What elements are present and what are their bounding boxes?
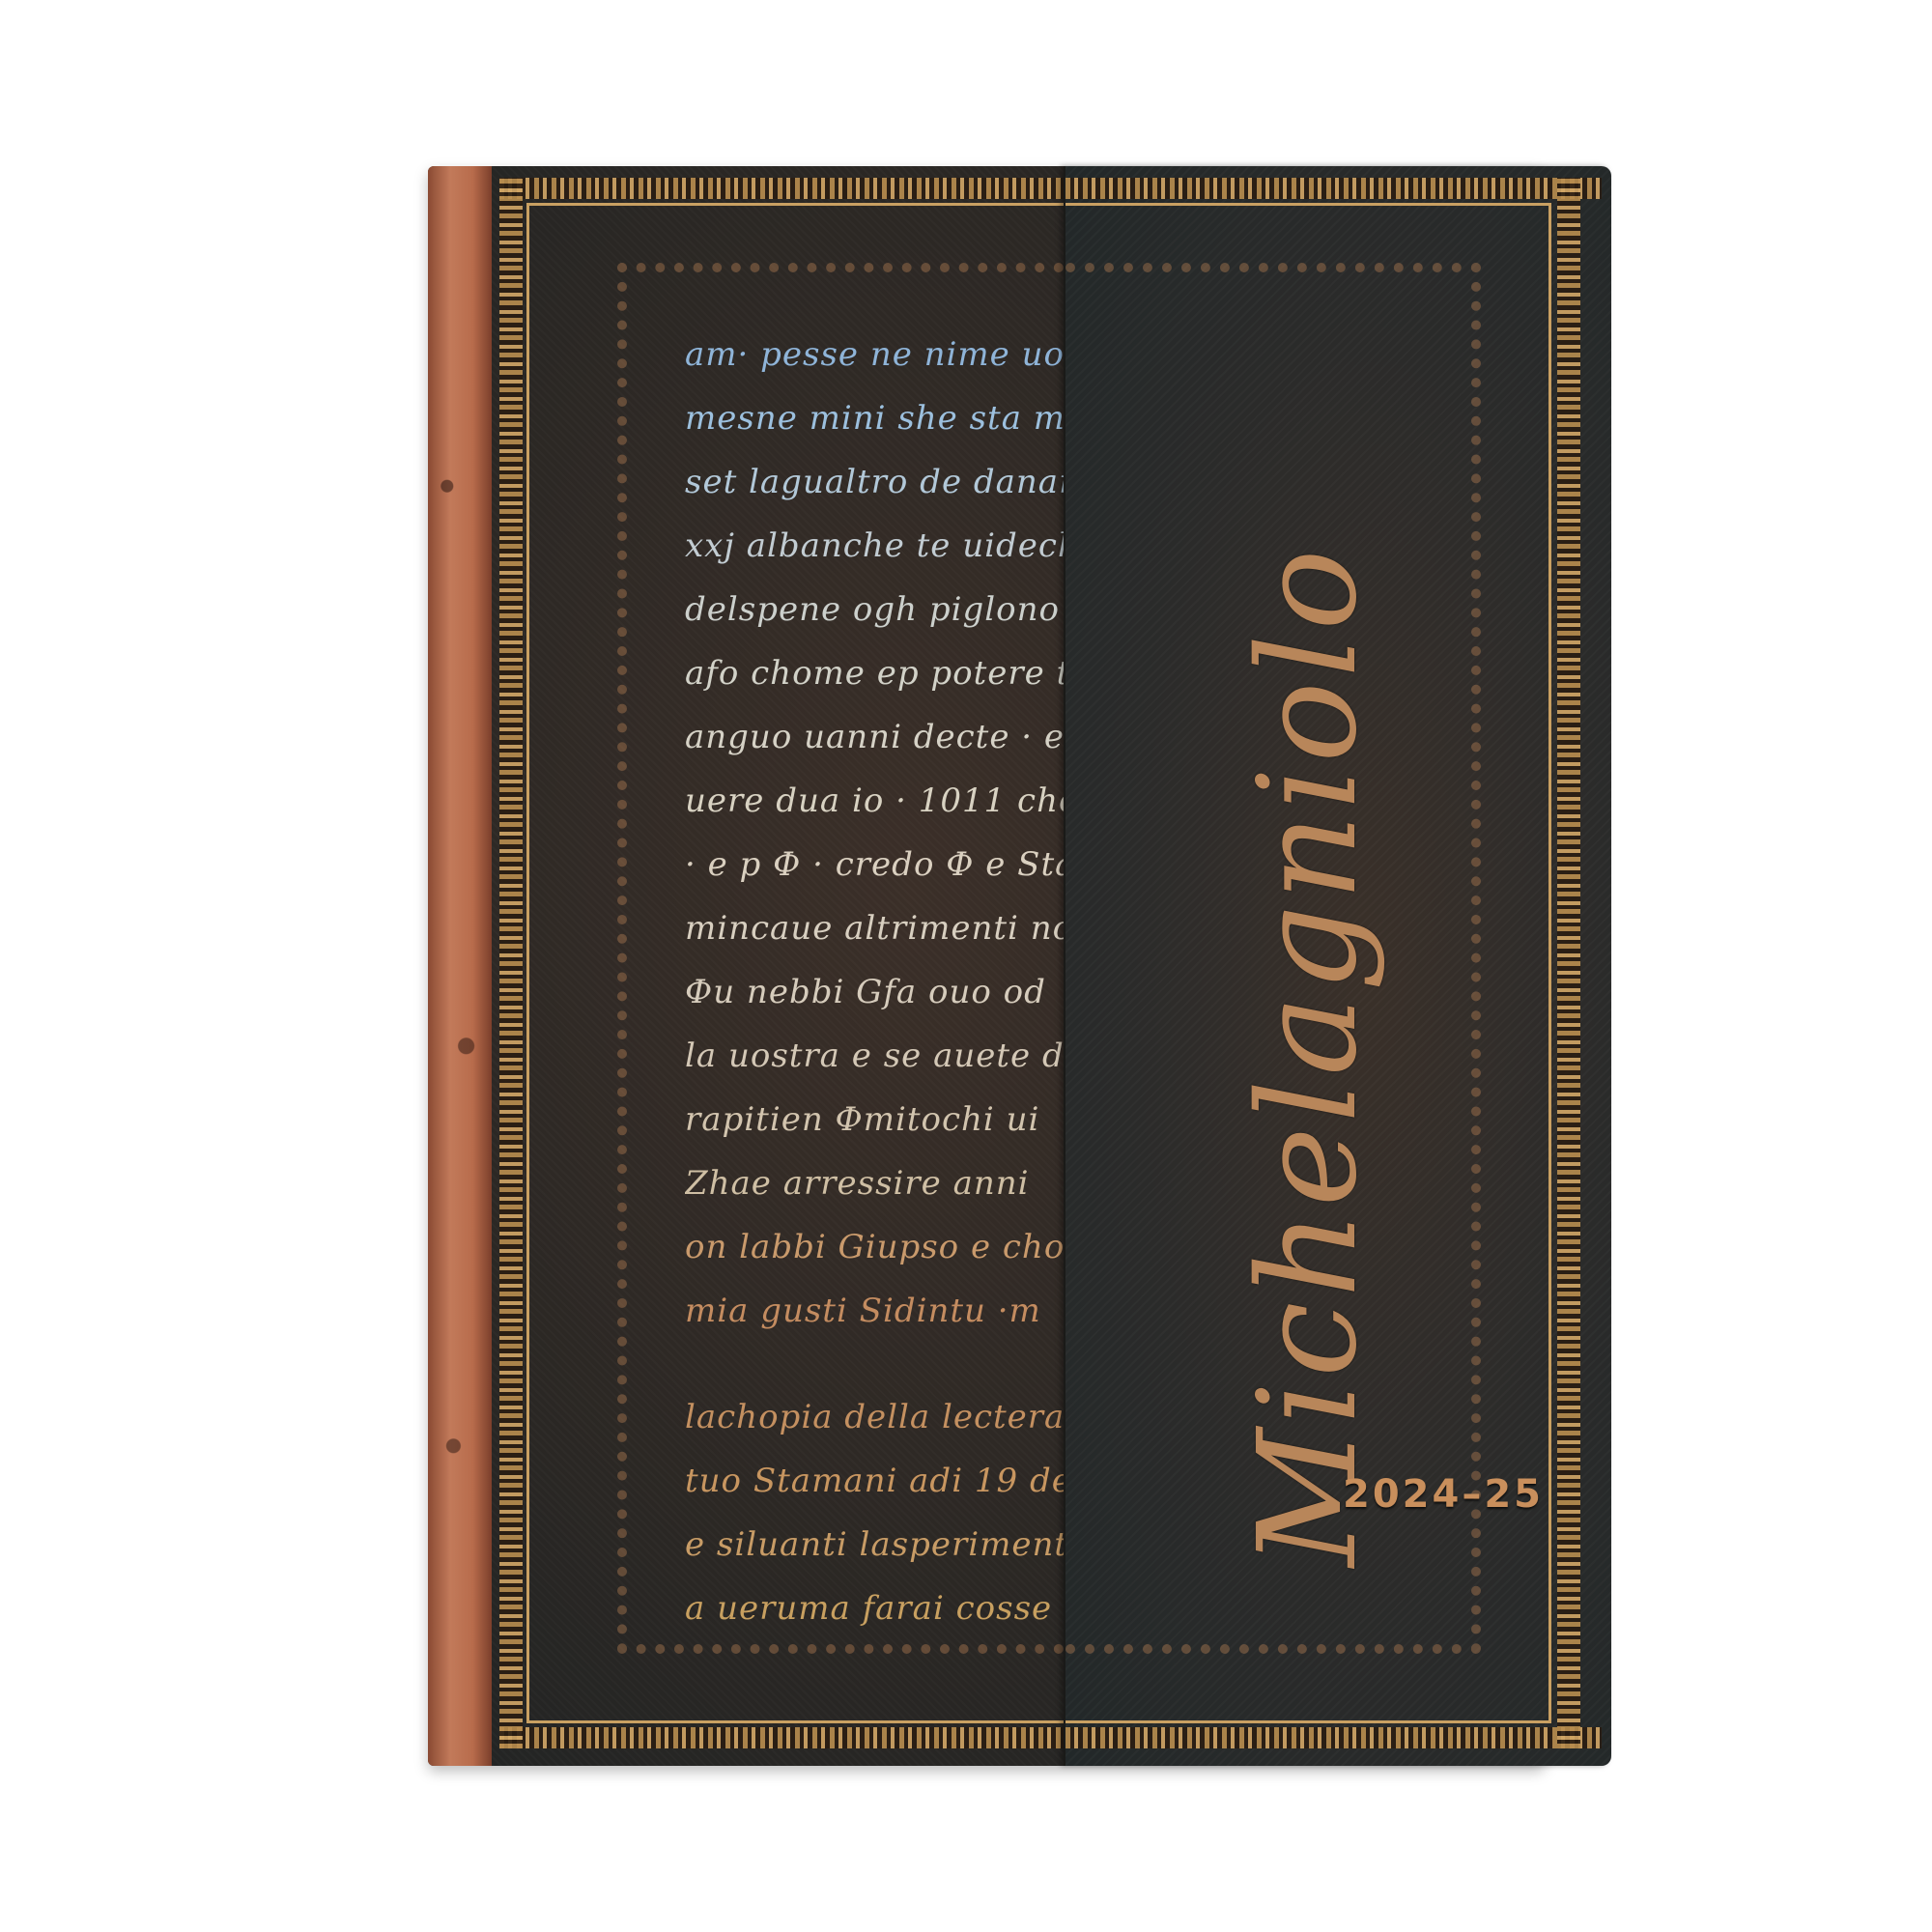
flap-bottom-border-ornament <box>1065 1727 1602 1748</box>
manuscript-line: Zhae arressire anni <box>685 1164 1030 1203</box>
manuscript-line: on labbi Giupso e chos <box>685 1228 1066 1266</box>
manuscript-line: lachopia della lectera Ф <box>685 1398 1066 1436</box>
manuscript-line: a ueruma farai cosse ... <box>685 1589 1066 1628</box>
manuscript-line: xxj albanche te uidecho <box>685 526 1066 565</box>
manuscript-line: am· pesse ne nime uoglio <box>685 335 1066 374</box>
magnetic-flap[interactable]: Michelagniolo 2024–25 <box>1064 166 1611 1766</box>
manuscript-line: delspene ogh piglono j.e <box>685 590 1066 629</box>
manuscript-line: anguo uanni decte · e selspa <box>685 718 1066 756</box>
manuscript-line: uere dua io · 1011 chometto <box>685 781 1066 820</box>
flap-bottom-gold-rule <box>1065 1720 1551 1723</box>
manuscript-line: tuo Stamani adi 19 decto <box>685 1462 1066 1500</box>
manuscript-line: mincaue altrimenti no <box>685 909 1066 948</box>
manuscript-line: afo chome ep potere torri <box>685 654 1066 693</box>
flap-right-border-ornament <box>1557 178 1580 1748</box>
year-label: 2024–25 <box>1343 1472 1544 1517</box>
diary-book: am· pesse ne nime uoglio mesne mini she … <box>428 166 1546 1766</box>
manuscript-line: Фu nebbi Gfa ouo od <box>685 973 1046 1011</box>
flap-top-gold-rule <box>1065 203 1551 206</box>
manuscript-line: e siluanti lasperimente e <box>685 1525 1066 1564</box>
manuscript-line: mia gusti Sidintu ·m <box>685 1292 1041 1330</box>
manuscript-line: rapitien Фmitochi ui <box>685 1100 1039 1139</box>
front-cover: am· pesse ne nime uoglio mesne mini she … <box>492 166 1546 1766</box>
manuscript-line: · e p Ф · credo Ф e Stacci <box>685 845 1066 884</box>
manuscript-line: mesne mini she sta macho <box>685 399 1066 438</box>
manuscript-text: am· pesse ne nime uoglio mesne mini she … <box>685 335 1066 1659</box>
flap-right-gold-rule <box>1548 203 1551 1723</box>
flap-top-border-ornament <box>1065 178 1602 199</box>
manuscript-line: la uostra e se auete d <box>685 1037 1065 1075</box>
left-gold-rule <box>526 203 529 1723</box>
manuscript-line: set lagualtro de danari ·Ф <box>685 463 1066 501</box>
left-border-ornament <box>499 178 523 1748</box>
book-spine <box>428 166 492 1766</box>
